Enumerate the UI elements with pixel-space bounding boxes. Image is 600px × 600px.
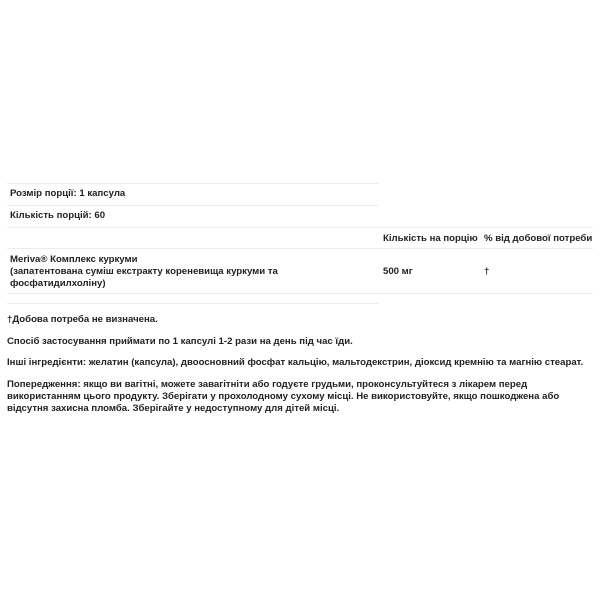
ingredient-description: (запатентована суміш екстракту кореневищ… — [10, 266, 278, 278]
header-row-divider — [7, 248, 593, 249]
ingredient-name: Meriva® Комплекс куркуми — [10, 254, 137, 266]
other-ingredients: Інші інгредієнти: желатин (капсула), дво… — [7, 357, 597, 369]
warning-line-1: Попередження: якщо ви вагітні, можете за… — [7, 379, 527, 391]
servings-per-container: Кількість порцій: 60 — [10, 210, 105, 222]
supplement-table-top-divider — [7, 227, 593, 228]
serving-top-divider — [7, 183, 378, 184]
column-header-amount: Кількість на порцію — [383, 233, 478, 245]
serving-size: Розмір порції: 1 капсула — [10, 188, 125, 200]
daily-value-note: †Добова потреба не визначена. — [7, 314, 597, 326]
ingredient-daily-value: † — [484, 266, 489, 278]
ingredient-amount: 500 мг — [383, 266, 413, 278]
warning-line-3: відсутня захисна пломба. Зберігайте у не… — [7, 403, 339, 415]
row-divider — [7, 293, 593, 294]
table-bottom-divider — [7, 303, 378, 304]
directions: Спосіб застосування приймати по 1 капсул… — [7, 336, 597, 348]
ingredient-description-cont: фосфатидилхоліну) — [10, 278, 106, 290]
column-header-daily-value: % від добової потреби — [484, 233, 592, 245]
warning-line-2: використанням цього продукту. Зберігати … — [7, 391, 559, 403]
serving-size-divider — [7, 205, 378, 206]
